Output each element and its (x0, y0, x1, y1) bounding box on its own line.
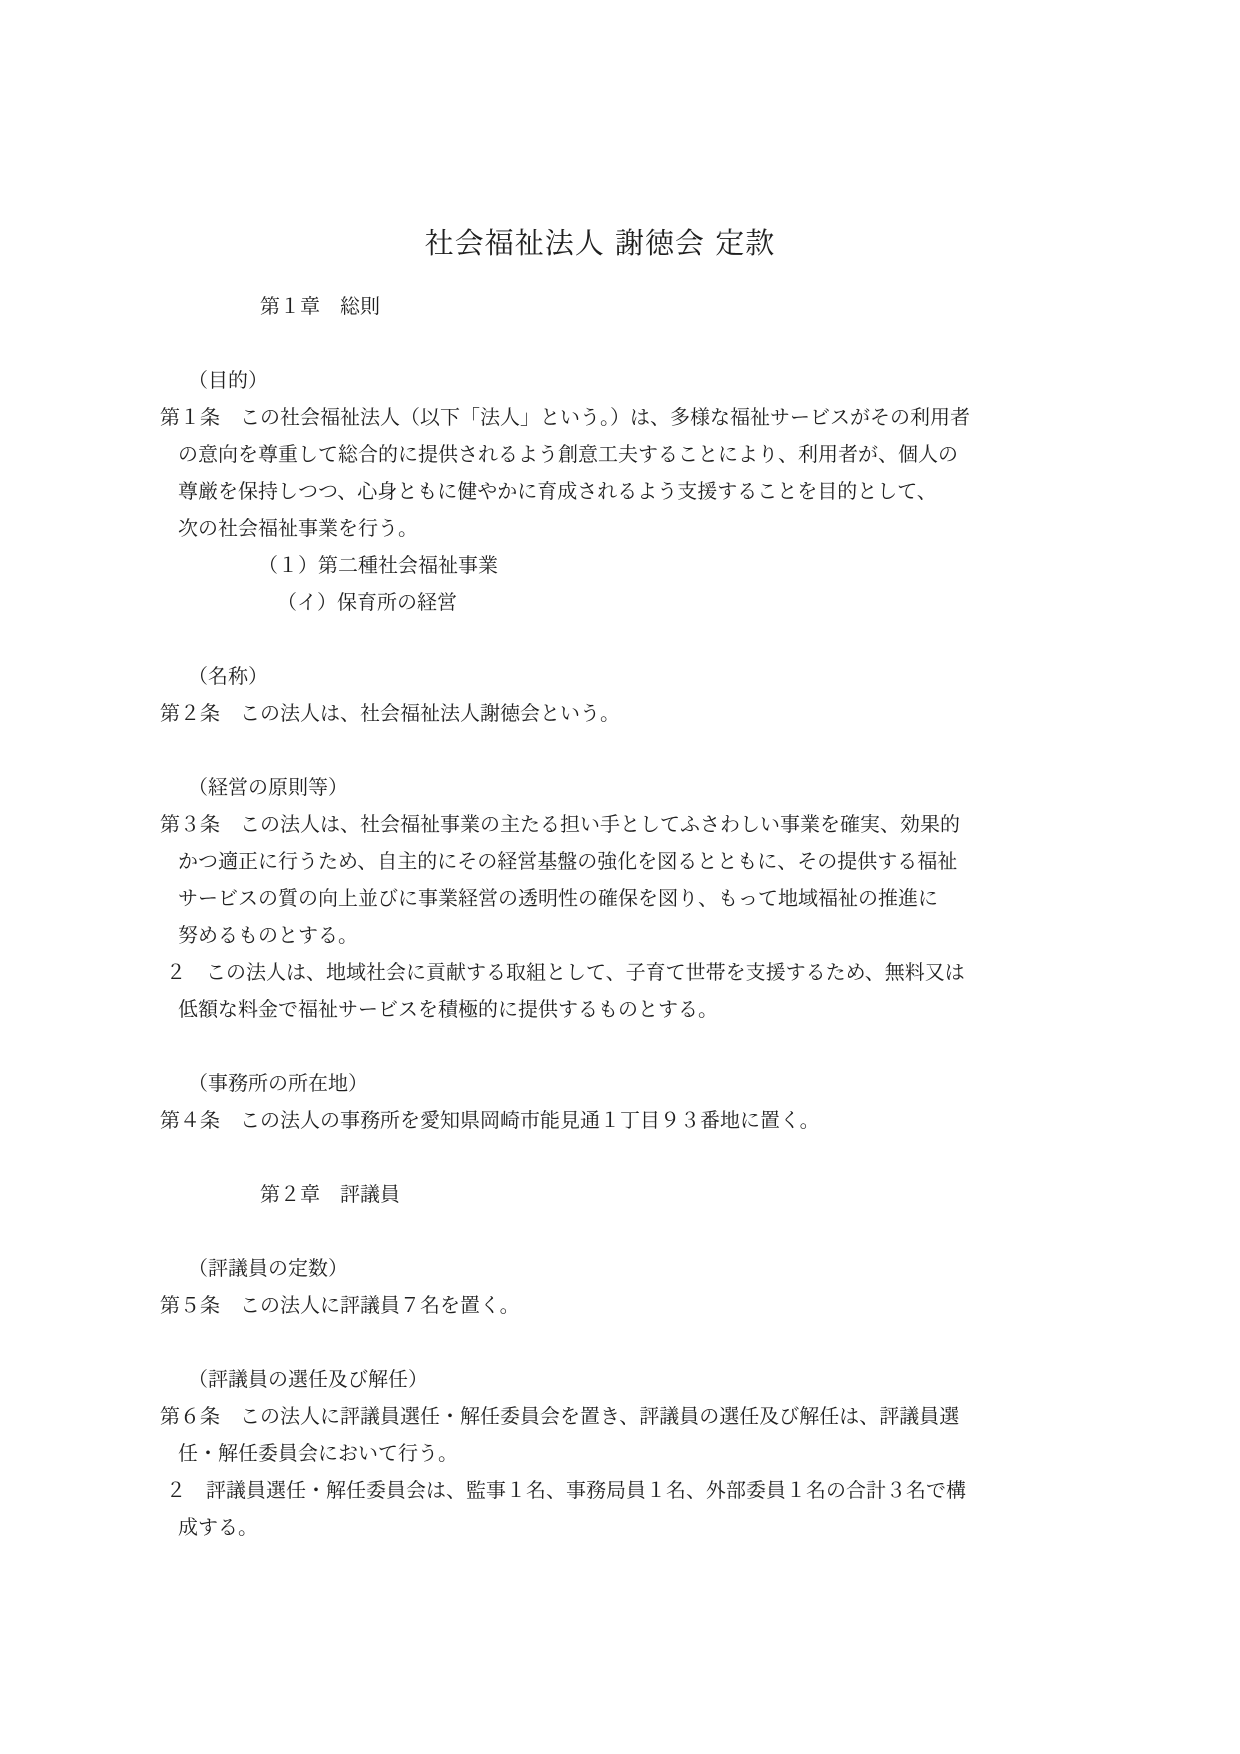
blank-line (160, 1324, 1040, 1361)
blank-line (160, 732, 1040, 769)
article-2-line-1: 第２条 この法人は、社会福祉法人謝徳会という。 (160, 695, 1040, 732)
article-3-line-3: サービスの質の向上並びに事業経営の透明性の確保を図り、もって地域福祉の推進に (160, 880, 1040, 917)
article-3-line-2: かつ適正に行うため、自主的にその経営基盤の強化を図るとともに、その提供する福祉 (160, 843, 1040, 880)
article-3-label: （経営の原則等） (160, 769, 1040, 806)
article-3-paragraph-2-line-2: 低額な料金で福祉サービスを積極的に提供するものとする。 (160, 991, 1040, 1028)
article-6-paragraph-2-line-2: 成する。 (160, 1509, 1040, 1546)
blank-line (160, 1213, 1040, 1250)
article-2-label: （名称） (160, 658, 1040, 695)
document-page: 社会福祉法人 謝徳会 定款 第１章 総則 （目的） 第１条 この社会福祉法人（以… (0, 0, 1240, 1754)
article-1-label: （目的） (160, 362, 1040, 399)
article-4-line-1: 第４条 この法人の事務所を愛知県岡崎市能見通１丁目９３番地に置く。 (160, 1102, 1040, 1139)
chapter-1-heading: 第１章 総則 (160, 288, 1040, 325)
article-1-line-4: 次の社会福祉事業を行う。 (160, 510, 1040, 547)
blank-line (160, 1139, 1040, 1176)
blank-line (160, 325, 1040, 362)
article-6-line-2: 任・解任委員会において行う。 (160, 1435, 1040, 1472)
document-content: 社会福祉法人 謝徳会 定款 第１章 総則 （目的） 第１条 この社会福祉法人（以… (160, 222, 1040, 1546)
article-1-line-2: の意向を尊重して総合的に提供されるよう創意工夫することにより、利用者が、個人の (160, 436, 1040, 473)
article-6-paragraph-2-line-1: ２ 評議員選任・解任委員会は、監事１名、事務局員１名、外部委員１名の合計３名で構 (160, 1472, 1040, 1509)
article-5-line-1: 第５条 この法人に評議員７名を置く。 (160, 1287, 1040, 1324)
article-6-label: （評議員の選任及び解任） (160, 1361, 1040, 1398)
article-5-label: （評議員の定数） (160, 1250, 1040, 1287)
article-3-line-1: 第３条 この法人は、社会福祉事業の主たる担い手としてふさわしい事業を確実、効果的 (160, 806, 1040, 843)
article-3-line-4: 努めるものとする。 (160, 917, 1040, 954)
article-1-line-1: 第１条 この社会福祉法人（以下「法人」という。）は、多様な福祉サービスがその利用… (160, 399, 1040, 436)
blank-line (160, 621, 1040, 658)
document-title: 社会福祉法人 謝徳会 定款 (160, 222, 1040, 264)
article-1-line-3: 尊厳を保持しつつ、心身ともに健やかに育成されるよう支援することを目的として、 (160, 473, 1040, 510)
blank-line (160, 1028, 1040, 1065)
article-4-label: （事務所の所在地） (160, 1065, 1040, 1102)
chapter-2-heading: 第２章 評議員 (160, 1176, 1040, 1213)
article-1-item-1: （１）第二種社会福祉事業 (160, 547, 1040, 584)
article-1-item-2: （イ）保育所の経営 (160, 584, 1040, 621)
article-6-line-1: 第６条 この法人に評議員選任・解任委員会を置き、評議員の選任及び解任は、評議員選 (160, 1398, 1040, 1435)
article-3-paragraph-2-line-1: ２ この法人は、地域社会に貢献する取組として、子育て世帯を支援するため、無料又は (160, 954, 1040, 991)
